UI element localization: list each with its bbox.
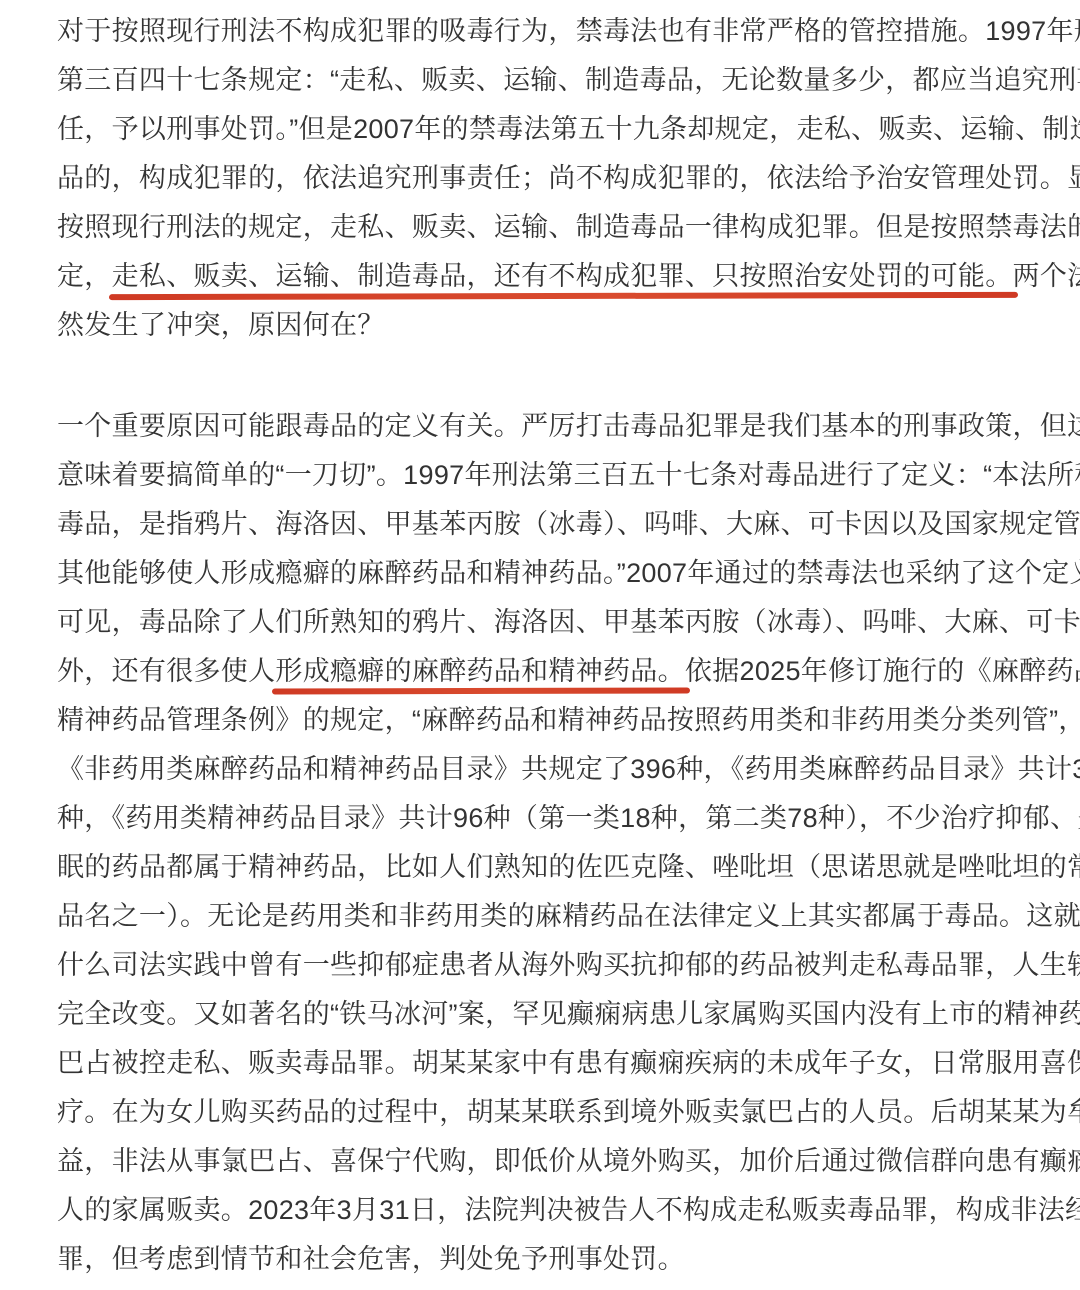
article-body: 对于按照现行刑法不构成犯罪的吸毒行为，禁毒法也有非常严格的管控措施。1997年刑… — [0, 0, 1080, 1284]
text-segment: 意味着要搞简单的“一刀切”。1997年刑法第三百五十七条对毒品进行了定义：“本法… — [57, 460, 1080, 490]
text-line: 精神药品管理条例》的规定，“麻醉药品和精神药品按照药用类和非药用类分类列管”，其… — [57, 696, 1026, 745]
text-segment: 其他能够使人形成瘾癖的麻醉药品和精神药品。”2007年通过的禁毒法也采纳了这个定… — [57, 558, 1080, 588]
text-segment: 一个重要原因可能跟毒品的定义有关。严厉打击毒品犯罪是我们基本的刑事政策，但这并不 — [57, 411, 1080, 441]
text-segment: 外，还有很多使人 — [57, 656, 275, 686]
text-line: 完全改变。又如著名的“铁马冰河”案，罕见癫痫病患儿家属购买国内没有上市的精神药品… — [57, 990, 1026, 1039]
text-line: 对于按照现行刑法不构成犯罪的吸毒行为，禁毒法也有非常严格的管控措施。1997年刑… — [57, 7, 1026, 56]
text-line: 第三百四十七条规定：“走私、贩卖、运输、制造毒品，无论数量多少，都应当追究刑事责 — [57, 56, 1026, 105]
document-page: 对于按照现行刑法不构成犯罪的吸毒行为，禁毒法也有非常严格的管控措施。1997年刑… — [0, 0, 1080, 1290]
text-segment: 定， — [57, 261, 112, 291]
text-segment: 两个法律显 — [1013, 261, 1080, 291]
text-segment: 然发生了冲突，原因何在？ — [57, 310, 385, 340]
text-line: 外，还有很多使人形成瘾癖的麻醉药品和精神药品。依据2025年修订施行的《麻醉药品… — [57, 647, 1026, 696]
text-line: 疗。在为女儿购买药品的过程中，胡某某联系到境外贩卖氯巴占的人员。后胡某某为牟取利 — [57, 1088, 1026, 1137]
red-underline-highlighted-text: 形成瘾癖的麻醉药品和精神药品。 — [275, 656, 685, 686]
text-line: 定，走私、贩卖、运输、制造毒品，还有不构成犯罪、只按照治安处罚的可能。两个法律显 — [57, 252, 1026, 301]
text-segment: 眠的药品都属于精神药品，比如人们熟知的佐匹克隆、唑吡坦（思诺思就是唑吡坦的常见商 — [57, 852, 1080, 882]
text-line: 巴占被控走私、贩卖毒品罪。胡某某家中有患有癫痫疾病的未成年子女，日常服用喜保宁治 — [57, 1039, 1026, 1088]
text-segment: 依据2025年修订施行的《麻醉药品和 — [685, 656, 1080, 686]
text-segment: 《非药用类麻醉药品和精神药品目录》共规定了396种，《药用类麻醉药品目录》共计3… — [57, 754, 1080, 784]
text-line: 按照现行刑法的规定，走私、贩卖、运输、制造毒品一律构成犯罪。但是按照禁毒法的规 — [57, 203, 1026, 252]
text-segment: 毒品，是指鸦片、海洛因、甲基苯丙胺（冰毒）、吗啡、大麻、可卡因以及国家规定管制的 — [57, 509, 1080, 539]
text-segment: 品名之一）。无论是药用类和非药用类的麻精药品在法律定义上其实都属于毒品。这就是为 — [57, 901, 1080, 931]
text-line: 种，《药用类精神药品目录》共计96种（第一类18种，第二类78种），不少治疗抑郁… — [57, 794, 1026, 843]
text-segment: 第三百四十七条规定：“走私、贩卖、运输、制造毒品，无论数量多少，都应当追究刑事责 — [57, 65, 1080, 95]
text-line: 什么司法实践中曾有一些抑郁症患者从海外购买抗抑郁的药品被判走私毒品罪，人生轨迹被 — [57, 941, 1026, 990]
text-line: 人的家属贩卖。2023年3月31日，法院判决被告人不构成走私贩卖毒品罪，构成非法… — [57, 1186, 1026, 1235]
text-line: 眠的药品都属于精神药品，比如人们熟知的佐匹克隆、唑吡坦（思诺思就是唑吡坦的常见商 — [57, 843, 1026, 892]
text-line: 可见，毒品除了人们所熟知的鸦片、海洛因、甲基苯丙胺（冰毒）、吗啡、大麻、可卡因之 — [57, 598, 1026, 647]
text-line: 罪，但考虑到情节和社会危害，判处免予刑事处罚。 — [57, 1235, 1026, 1284]
paragraph: 对于按照现行刑法不构成犯罪的吸毒行为，禁毒法也有非常严格的管控措施。1997年刑… — [57, 7, 1026, 350]
text-segment: 按照现行刑法的规定，走私、贩卖、运输、制造毒品一律构成犯罪。但是按照禁毒法的规 — [57, 212, 1080, 242]
text-line: 任，予以刑事处罚。”但是2007年的禁毒法第五十九条却规定，走私、贩卖、运输、制… — [57, 105, 1026, 154]
text-line: 意味着要搞简单的“一刀切”。1997年刑法第三百五十七条对毒品进行了定义：“本法… — [57, 451, 1026, 500]
text-segment: 可见，毒品除了人们所熟知的鸦片、海洛因、甲基苯丙胺（冰毒）、吗啡、大麻、可卡因之 — [57, 607, 1080, 637]
paragraph: 一个重要原因可能跟毒品的定义有关。严厉打击毒品犯罪是我们基本的刑事政策，但这并不… — [57, 402, 1026, 1284]
red-underline-highlighted-text: 走私、贩卖、运输、制造毒品，还有不构成犯罪、只按照治安处罚的可能。 — [112, 261, 1013, 291]
text-segment: 对于按照现行刑法不构成犯罪的吸毒行为，禁毒法也有非常严格的管控措施。1997年刑… — [57, 16, 1080, 46]
text-line: 一个重要原因可能跟毒品的定义有关。严厉打击毒品犯罪是我们基本的刑事政策，但这并不 — [57, 402, 1026, 451]
text-segment: 罪，但考虑到情节和社会危害，判处免予刑事处罚。 — [57, 1244, 685, 1274]
text-segment: 任，予以刑事处罚。”但是2007年的禁毒法第五十九条却规定，走私、贩卖、运输、制… — [57, 114, 1080, 144]
text-line: 《非药用类麻醉药品和精神药品目录》共规定了396种，《药用类麻醉药品目录》共计3… — [57, 745, 1026, 794]
text-line: 其他能够使人形成瘾癖的麻醉药品和精神药品。”2007年通过的禁毒法也采纳了这个定… — [57, 549, 1026, 598]
text-line: 品名之一）。无论是药用类和非药用类的麻精药品在法律定义上其实都属于毒品。这就是为 — [57, 892, 1026, 941]
text-segment: 什么司法实践中曾有一些抑郁症患者从海外购买抗抑郁的药品被判走私毒品罪，人生轨迹被 — [57, 950, 1080, 980]
text-segment: 巴占被控走私、贩卖毒品罪。胡某某家中有患有癫痫疾病的未成年子女，日常服用喜保宁治 — [57, 1048, 1080, 1078]
text-line: 品的，构成犯罪的，依法追究刑事责任；尚不构成犯罪的，依法给予治安管理处罚。显然， — [57, 154, 1026, 203]
text-segment: 种，《药用类精神药品目录》共计96种（第一类18种，第二类78种），不少治疗抑郁… — [57, 803, 1080, 833]
text-line: 益，非法从事氯巴占、喜保宁代购，即低价从境外购买，加价后通过微信群向患有癫痫疾病 — [57, 1137, 1026, 1186]
text-segment: 精神药品管理条例》的规定，“麻醉药品和精神药品按照药用类和非药用类分类列管”，其… — [57, 705, 1080, 735]
text-segment: 人的家属贩卖。2023年3月31日，法院判决被告人不构成走私贩卖毒品罪，构成非法… — [57, 1195, 1080, 1225]
text-line: 毒品，是指鸦片、海洛因、甲基苯丙胺（冰毒）、吗啡、大麻、可卡因以及国家规定管制的 — [57, 500, 1026, 549]
text-segment: 益，非法从事氯巴占、喜保宁代购，即低价从境外购买，加价后通过微信群向患有癫痫疾病 — [57, 1146, 1080, 1176]
text-segment: 疗。在为女儿购买药品的过程中，胡某某联系到境外贩卖氯巴占的人员。后胡某某为牟取利 — [57, 1097, 1080, 1127]
text-line: 然发生了冲突，原因何在？ — [57, 301, 1026, 350]
text-segment: 完全改变。又如著名的“铁马冰河”案，罕见癫痫病患儿家属购买国内没有上市的精神药品… — [57, 999, 1080, 1029]
text-segment: 品的，构成犯罪的，依法追究刑事责任；尚不构成犯罪的，依法给予治安管理处罚。显然， — [57, 163, 1080, 193]
